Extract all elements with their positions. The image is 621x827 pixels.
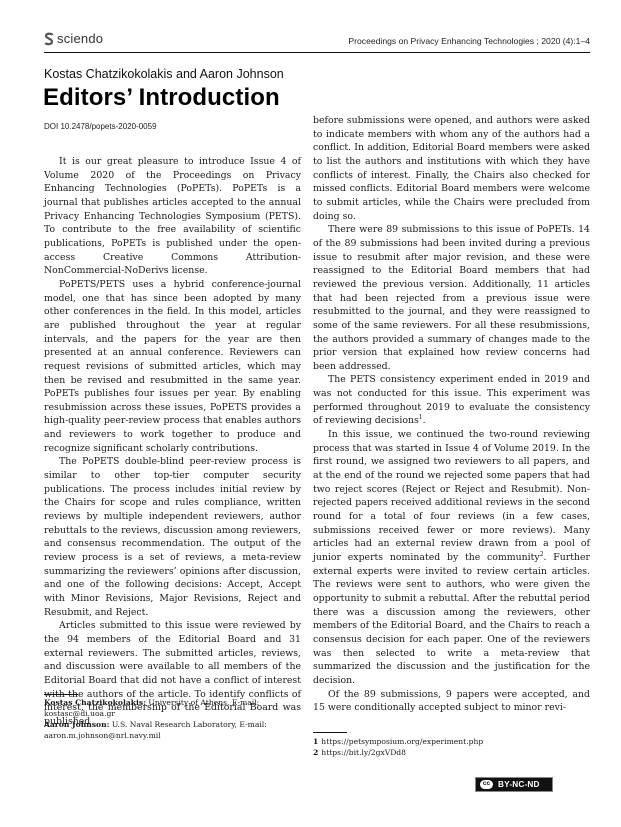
footnote-link[interactable]: https://bit.ly/2gxVDd8 bbox=[321, 748, 406, 757]
affiliation-author: Aaron Johnson: bbox=[44, 720, 109, 729]
journal-reference: Proceedings on Privacy Enhancing Technol… bbox=[348, 36, 590, 46]
paragraph: Of the 89 submissions, 9 papers were acc… bbox=[313, 688, 590, 715]
sciendo-s-icon bbox=[44, 32, 54, 46]
footnote-number: 2 bbox=[313, 748, 318, 757]
page-header: sciendo Proceedings on Privacy Enhancing… bbox=[44, 30, 590, 53]
footnote-item: 1https://petsymposium.org/experiment.php bbox=[313, 736, 483, 747]
license-label: BY-NC-ND bbox=[498, 780, 540, 789]
doi-link[interactable]: DOI 10.2478/popets-2020-0059 bbox=[44, 122, 157, 131]
cc-license-badge[interactable]: cc BY-NC-ND bbox=[475, 777, 553, 792]
footnote-link[interactable]: https://petsymposium.org/experiment.php bbox=[321, 737, 483, 746]
paragraph: The PoPETS double-blind peer-review proc… bbox=[44, 455, 301, 619]
affiliation-item: Aaron Johnson: U.S. Naval Research Labor… bbox=[44, 719, 301, 741]
left-column: It is our great pleasure to introduce Is… bbox=[44, 155, 301, 729]
footnote-divider bbox=[313, 732, 347, 733]
article-title: Editors’ Introduction bbox=[43, 84, 280, 112]
paragraph-text: The PETS consistency experiment ended in… bbox=[313, 374, 590, 426]
author-affiliations: Kostas Chatzikokolakis: University of At… bbox=[44, 697, 301, 741]
paragraph-text: . Further external experts were invited … bbox=[313, 552, 590, 686]
right-column: before submissions were opened, and auth… bbox=[313, 114, 590, 715]
author-list: Kostas Chatzikokolakis and Aaron Johnson bbox=[44, 67, 284, 81]
sciendo-logo: sciendo bbox=[44, 31, 103, 46]
paragraph: There were 89 submissions to this issue … bbox=[313, 223, 590, 373]
paragraph: In this issue, we continued the two-roun… bbox=[313, 428, 590, 687]
paragraph-text: . bbox=[423, 415, 426, 426]
logo-text: sciendo bbox=[57, 31, 103, 46]
footnote-divider bbox=[44, 694, 78, 695]
paragraph-text: In this issue, we continued the two-roun… bbox=[313, 429, 590, 563]
paragraph: The PETS consistency experiment ended in… bbox=[313, 373, 590, 428]
affiliation-author: Kostas Chatzikokolakis: bbox=[44, 698, 146, 707]
paragraph: before submissions were opened, and auth… bbox=[313, 114, 590, 223]
footnotes: 1https://petsymposium.org/experiment.php… bbox=[313, 736, 483, 758]
footnote-item: 2https://bit.ly/2gxVDd8 bbox=[313, 747, 483, 758]
paragraph: It is our great pleasure to introduce Is… bbox=[44, 155, 301, 278]
footnote-number: 1 bbox=[313, 737, 318, 746]
creative-commons-icon: cc bbox=[479, 779, 494, 790]
paragraph: PoPETS/PETS uses a hybrid conference-jou… bbox=[44, 278, 301, 456]
affiliation-item: Kostas Chatzikokolakis: University of At… bbox=[44, 697, 301, 719]
